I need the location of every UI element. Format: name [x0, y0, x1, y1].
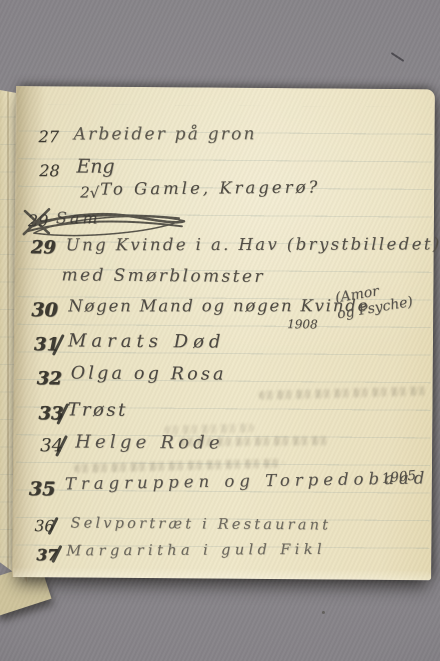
- entry-text: Olga og Rosa: [71, 365, 227, 384]
- entry-number: 32: [37, 370, 62, 388]
- notebook-page: 27Arbeider på gron28EngTo Gamle, Kragerø…: [12, 86, 435, 580]
- entry-text: Selvportræt i Restaurant: [71, 516, 332, 533]
- entry-text: Arbeider på gron: [74, 126, 257, 143]
- backdrop-speck: [322, 611, 325, 614]
- entry-number: 31: [34, 336, 59, 354]
- entry-number: 36: [34, 519, 54, 535]
- entry-number: 33: [38, 405, 63, 423]
- backdrop-scratch-mark: [391, 52, 405, 62]
- show-through-marks: [259, 386, 429, 400]
- entry-text: Eng: [76, 157, 114, 176]
- entry-number: 35: [29, 480, 56, 499]
- entry-text: Marats Død: [68, 332, 226, 351]
- entry-number: 28: [39, 163, 59, 179]
- entry-text: Ung Kvinde i a. Hav (brystbilledet): [66, 236, 440, 253]
- entry-number: 34: [40, 437, 63, 455]
- entry-number: 29: [28, 213, 48, 229]
- entry-number: 30: [31, 301, 58, 320]
- entry-text: Nøgen Mand og nøgen Kvinde: [68, 298, 369, 315]
- entries-layer: 27Arbeider på gron28EngTo Gamle, Kragerø…: [17, 86, 435, 89]
- entry-text: Trøst: [67, 401, 128, 419]
- entry-text: Sam: [56, 210, 101, 226]
- entry-number: 29: [31, 239, 56, 257]
- entry-text: Margaritha i guld Fikl: [66, 543, 326, 559]
- entry-note: 2√: [80, 186, 99, 201]
- entry-number: 27: [39, 129, 59, 145]
- photo-backdrop: 27Arbeider på gron28EngTo Gamle, Kragerø…: [0, 0, 440, 661]
- entry-text: med Smørblomster: [61, 267, 265, 286]
- entry-text: To Gamle, Kragerø?: [100, 180, 320, 199]
- entry-note: 1908: [287, 318, 318, 330]
- entry-number: 37: [36, 547, 58, 563]
- entry-text: Tragruppen og Torpedobaad: [65, 470, 430, 493]
- entry-note: 1905: [381, 470, 417, 487]
- entry-text: Helge Rode: [75, 433, 224, 452]
